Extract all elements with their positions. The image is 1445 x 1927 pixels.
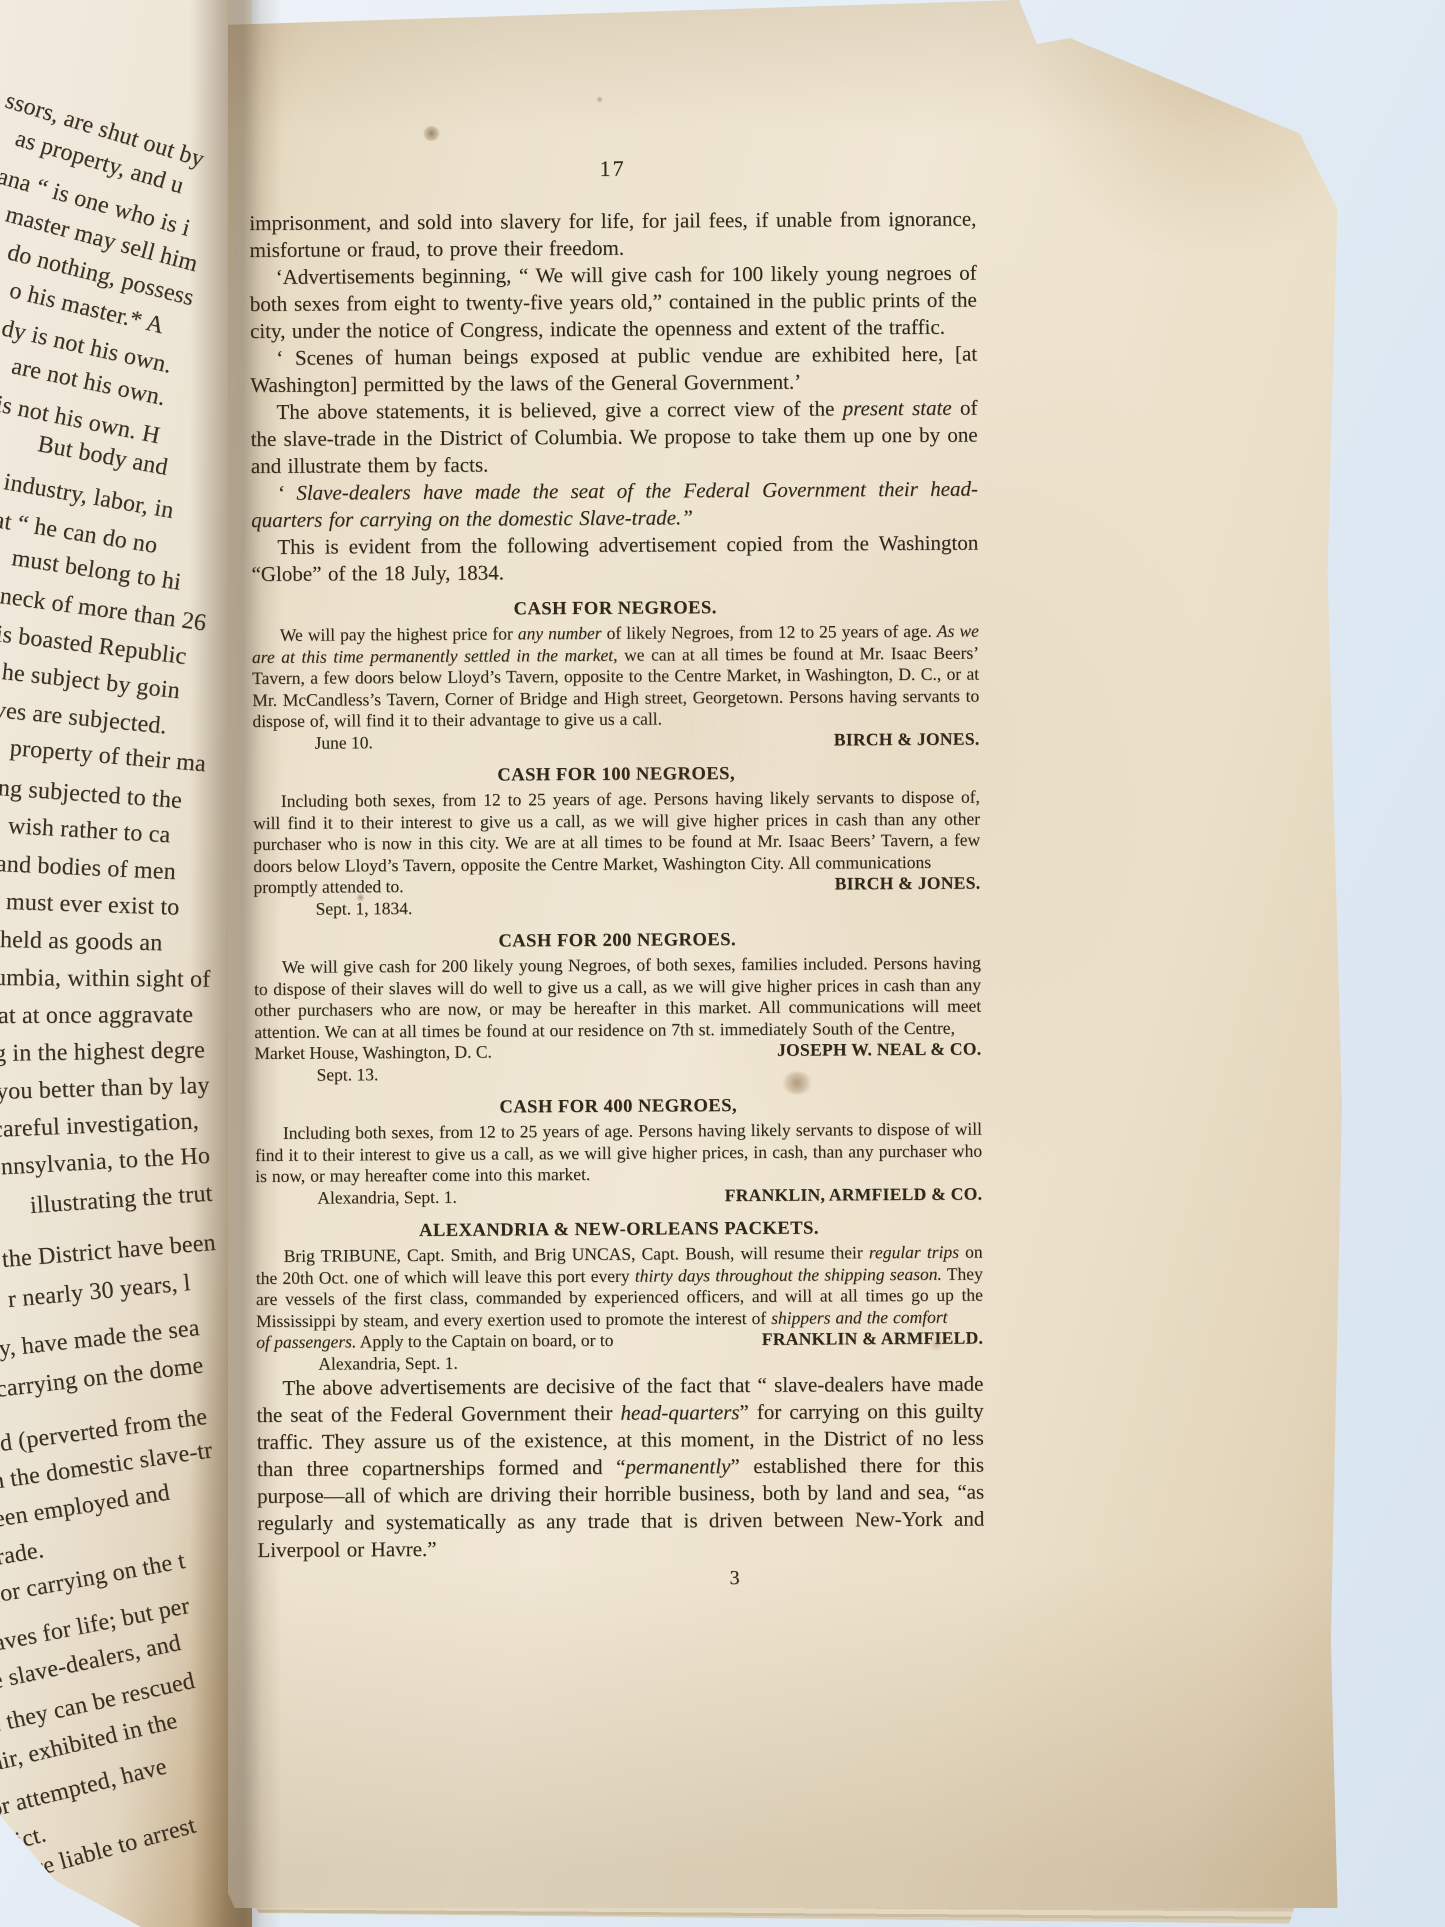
left-page-text-fragment: ves are subjected. — [0, 698, 168, 738]
left-page-text-fragment: you better than by lay — [0, 1074, 210, 1104]
ad-footer-left: of passengers. Apply to the Captain on b… — [256, 1330, 613, 1354]
ad-footer: June 10. BIRCH & JONES. — [252, 728, 979, 754]
ad-signature: BIRCH & JONES. — [835, 873, 981, 895]
ad-footer: of passengers. Apply to the Captain on b… — [256, 1328, 983, 1354]
left-page-text-fragment: ty, have made the sea — [0, 1316, 201, 1362]
ad-footer-left: Alexandria, Sept. 1. — [317, 1186, 457, 1208]
left-page-text-fragment: must ever exist to — [6, 890, 180, 920]
left-page-text-fragment: ng subjected to the — [0, 776, 183, 813]
left-page-text-fragment: ennsylvania, to the Ho — [0, 1144, 211, 1180]
main-paragraph: The above statements, it is believed, gi… — [250, 395, 977, 480]
ad-body: Including both sexes, from 12 to 25 year… — [255, 1119, 982, 1188]
main-paragraph: ‘Advertisements beginning, “ We will giv… — [250, 260, 977, 345]
left-page-text-fragment: umbia, within sight of — [0, 966, 210, 992]
main-paragraph: This is evident from the following adver… — [251, 530, 978, 588]
left-page-text-fragment: held as goods an — [0, 928, 163, 955]
left-page-text-fragment: careful investigation, — [0, 1109, 199, 1142]
left-page-text-fragment: rade. — [0, 1538, 46, 1570]
ad-footer: Alexandria, Sept. 1. FRANKLIN, ARMFIELD … — [255, 1183, 982, 1209]
ad-heading: CASH FOR NEGROES. — [252, 595, 979, 624]
quote-paragraph-italic: ‘ Slave-dealers have made the seat of th… — [251, 476, 978, 534]
ad-block: CASH FOR NEGROES. We will pay the highes… — [252, 595, 980, 754]
ad-block: CASH FOR 400 NEGROES, Including both sex… — [255, 1093, 983, 1209]
ad-footer-left: June 10. — [314, 732, 372, 754]
left-page-text-fragment: r nearly 30 years, l — [7, 1271, 192, 1312]
left-page-text-fragment: at at once aggravate — [0, 1003, 193, 1028]
main-paragraph: imprisonment, and sold into slavery for … — [249, 206, 976, 264]
right-page: 17 imprisonment, and sold into slavery f… — [228, 0, 1342, 1908]
ad-body: Brig TRIBUNE, Capt. Smith, and Brig UNCA… — [256, 1242, 984, 1332]
advertisements: CASH FOR NEGROES. We will pay the highes… — [252, 595, 984, 1375]
ad-date: Sept. 1, 1834. — [315, 894, 980, 920]
ad-footer: promptly attended to. BIRCH & JONES. — [253, 873, 980, 899]
page-number: 17 — [249, 154, 976, 184]
ad-body: We will pay the highest price for any nu… — [252, 621, 980, 733]
ad-signature: FRANKLIN, ARMFIELD & CO. — [725, 1183, 983, 1206]
left-page-text-fragment: wish rather to ca — [7, 814, 171, 847]
left-page-text-fragment: g in the highest degre — [0, 1038, 205, 1066]
right-page-content: 17 imprisonment, and sold into slavery f… — [248, 0, 985, 1593]
main-paragraph: ‘ Scenes of human beings exposed at publ… — [250, 341, 977, 399]
ad-heading: ALEXANDRIA & NEW-ORLEANS PACKETS. — [255, 1216, 982, 1245]
ad-signature: BIRCH & JONES. — [834, 728, 980, 750]
ad-footer: Market House, Washington, D. C. JOSEPH W… — [254, 1039, 981, 1065]
ad-heading: CASH FOR 200 NEGROES. — [254, 927, 981, 956]
signature-mark: 3 — [730, 1565, 985, 1591]
left-page-text-fragment: carrying on the dome — [0, 1354, 205, 1402]
ad-heading: CASH FOR 400 NEGROES, — [255, 1093, 982, 1122]
left-page-text-fragment: property of their ma — [9, 736, 207, 776]
ad-block: CASH FOR 100 NEGROES, Including both sex… — [253, 761, 981, 920]
ad-footer-left: Market House, Washington, D. C. — [254, 1042, 492, 1065]
left-page-text-fragment: he subject by goin — [1, 660, 181, 703]
ad-footer-left: promptly attended to. — [253, 876, 403, 898]
left-page-text-fragment: the District have been — [1, 1231, 217, 1272]
left-page-text-fragment: and bodies of men — [0, 852, 176, 884]
ad-heading: CASH FOR 100 NEGROES, — [253, 761, 980, 790]
ad-signature: JOSEPH W. NEAL & CO. — [777, 1039, 982, 1062]
closing-paragraph: The above advertisements are decisive of… — [256, 1371, 984, 1564]
ad-body: Including both sexes, from 12 to 25 year… — [253, 787, 981, 877]
left-page-text-fragment: illustrating the trut — [29, 1182, 213, 1218]
left-page: ssors, are shut out byas property, and u… — [0, 0, 252, 1927]
ad-body: We will give cash for 200 likely young N… — [254, 953, 982, 1043]
ad-block: ALEXANDRIA & NEW-ORLEANS PACKETS. Brig T… — [255, 1216, 983, 1375]
ad-date: Sept. 13. — [317, 1060, 982, 1086]
book-photo: { "colors":{"backdrop":"#dde8f2","paper"… — [0, 0, 1445, 1927]
ad-block: CASH FOR 200 NEGROES. We will give cash … — [254, 927, 982, 1086]
ad-signature: FRANKLIN & ARMFIELD. — [762, 1328, 983, 1351]
